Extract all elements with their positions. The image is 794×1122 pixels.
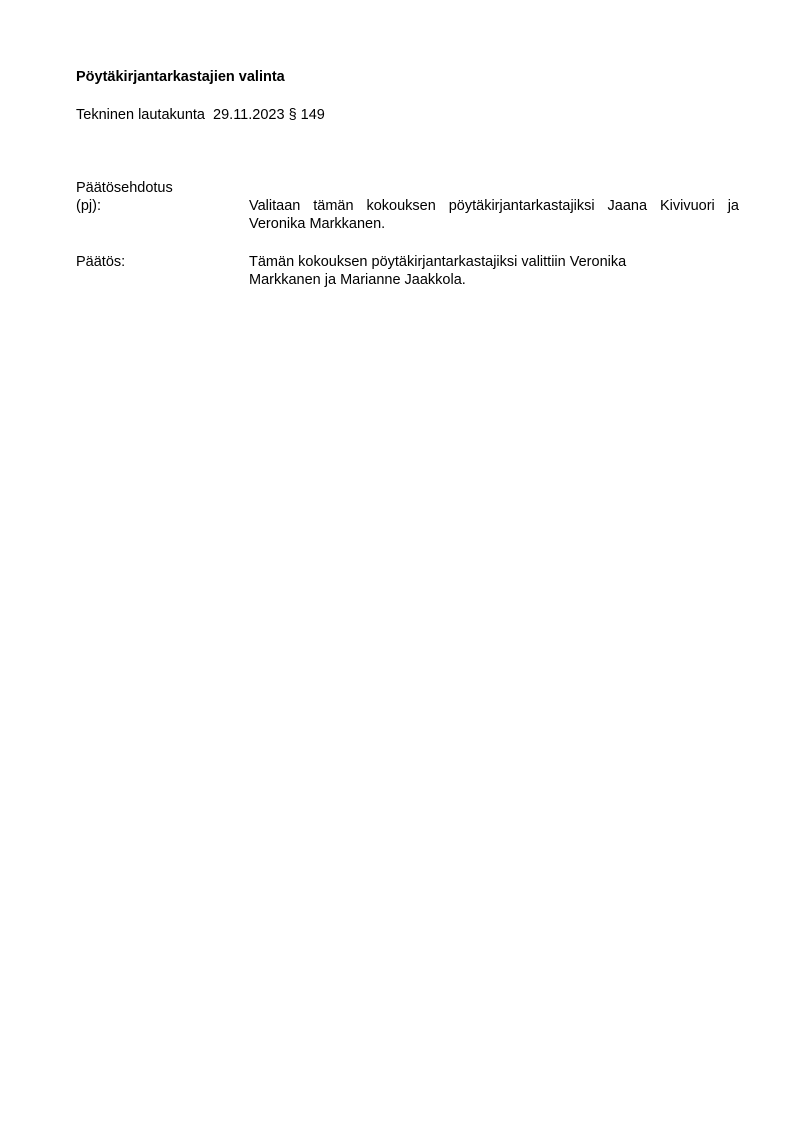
section-text: Tämän kokouksen pöytäkirjantarkastajiksi… (249, 253, 739, 289)
section-label: Päätösehdotus (pj): (76, 179, 246, 215)
text-line-2: Markkanen ja Marianne Jaakkola. (249, 271, 739, 289)
label-line-1: Päätösehdotus (76, 179, 246, 197)
section-text: Valitaan tämän kokouksen pöytäkirjantark… (249, 197, 739, 233)
document-title: Pöytäkirjantarkastajien valinta (76, 67, 285, 87)
meeting-reference: Tekninen lautakunta 29.11.2023 § 149 (76, 105, 325, 125)
label-line-2: (pj): (76, 197, 246, 215)
section-label: Päätös: (76, 253, 246, 271)
text-line-1: Tämän kokouksen pöytäkirjantarkastajiksi… (249, 253, 739, 271)
